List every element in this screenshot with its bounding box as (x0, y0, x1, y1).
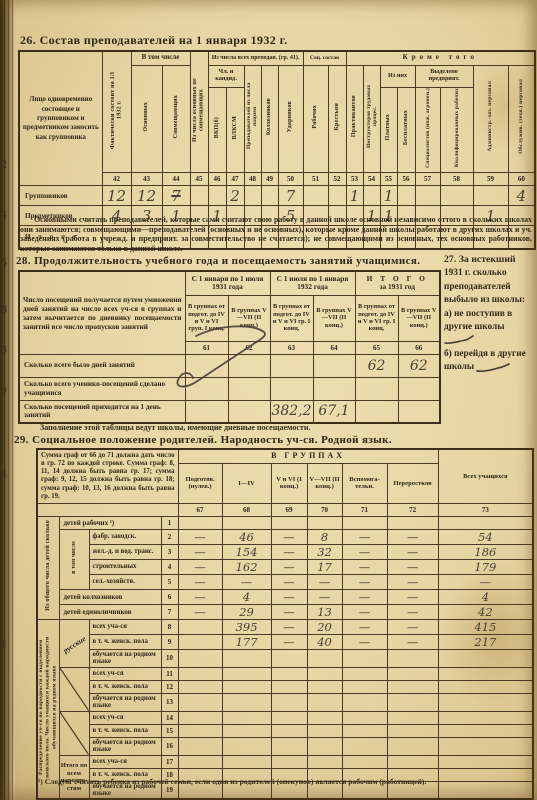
table-row: жел.-д. и вод. транс. 3 — 154 — 32 — — 1… (37, 544, 533, 559)
t26-header-row: Лицо одновременно состоящее и групповико… (19, 51, 535, 65)
row-label: жел.-д. и вод. транс. (89, 544, 161, 559)
section-29-footnote: ¹) Следует считать ребенка из рабочей се… (38, 777, 426, 786)
col-num: 62 (228, 341, 270, 354)
value-cell: — (342, 604, 387, 619)
col-header: V—VII (II конц.) (307, 463, 342, 503)
col-num: 68 (222, 503, 271, 516)
table-row: всех уч-ся 14 (37, 711, 533, 724)
col-header: Рабочих (303, 65, 328, 173)
table-row: Сколько всего ученико-посещений сделано … (19, 377, 440, 400)
value-cell: 1 (346, 186, 363, 206)
col-header-label: Основных (143, 102, 150, 132)
row-num: 16 (161, 737, 178, 755)
value-cell: 12 (131, 186, 162, 206)
group-header-line: за 1931 год (356, 283, 440, 291)
table-row: Сколько посещений приходится на 1 день з… (19, 400, 440, 423)
page-edge-line (8, 0, 9, 800)
col-num: 65 (355, 341, 398, 354)
col-header: I—IV (222, 463, 271, 503)
value-cell: 20 (307, 619, 342, 634)
col-num: 43 (131, 173, 162, 186)
value-cell: — (387, 544, 438, 559)
table-row: в т. ч. женск. пола 9 177 — 40 — — 217 (37, 634, 533, 649)
col-header: В группах V—VII (II конц.) (313, 295, 355, 341)
row-num: 10 (161, 649, 178, 667)
col-header: В группах V—VII (II конц.) (228, 295, 270, 341)
value-cell: 186 (438, 544, 533, 559)
value-cell: 40 (307, 634, 342, 649)
row-label: всех уча-ся (89, 619, 161, 634)
value-cell: 4 (508, 186, 535, 206)
value-cell (328, 186, 346, 206)
col-num: 63 (270, 341, 313, 354)
side-label-text: Распределение уч-ся по народности с выде… (38, 632, 58, 782)
row-label: детей колхозников (59, 589, 161, 604)
row-num: 8 (161, 619, 178, 634)
value-cell (270, 354, 313, 377)
col-header: Обслужив. (техн.) персонал (508, 65, 535, 173)
col-num: 70 (307, 503, 342, 516)
value-cell: — (271, 574, 307, 589)
handwritten-dash (476, 362, 510, 373)
side-label: Распределение уч-ся по народности с выде… (37, 619, 59, 799)
value-cell (190, 186, 208, 206)
nationality-cell-blank (59, 711, 89, 755)
table-row: обучается на родном языке 16 (37, 737, 533, 755)
row-label: в т. ч. женск. пола (89, 680, 161, 693)
col-header-label: Специалистов (инж. агроном.) (425, 88, 431, 168)
value-cell: — (271, 604, 307, 619)
value-cell: — (342, 634, 387, 649)
value-cell (342, 516, 387, 529)
col-header: В группах от подгот. до IV и V и VI груп… (185, 295, 228, 341)
t29-column-numbers: 67 68 69 70 71 72 73 (37, 503, 533, 516)
col-header-label: ВЛКСМ (232, 116, 239, 139)
col-header-label: Инструкторов трудовых процес. (366, 76, 378, 156)
value-cell: — (342, 589, 387, 604)
nationality-cell-blank (59, 667, 89, 711)
col-header-label: Платных (385, 114, 392, 140)
col-num: 48 (244, 173, 261, 186)
group-header: И Т О Г О за 1931 год (355, 271, 440, 295)
value-cell: 8 (307, 529, 342, 544)
group-header: Из числа всех преподав. (гр. 41). (208, 51, 303, 65)
school-year-attendance-table: Число посещений получается путем умножен… (18, 270, 441, 424)
col-header: Инструкторов трудовых процес. (363, 65, 380, 173)
row-num: 3 (161, 544, 178, 559)
col-num: 60 (508, 173, 535, 186)
t28-description: Число посещений получается путем умножен… (19, 271, 185, 354)
col-num: 42 (102, 173, 131, 186)
side-label-text: в том числе (71, 541, 77, 574)
value-cell: — (387, 529, 438, 544)
group-header: Кроме того (346, 51, 535, 65)
value-cell: 13 (307, 604, 342, 619)
row-label: Сколько всего ученико-посещений сделано … (19, 377, 185, 400)
col-header: Квалифицированных рабочих (440, 87, 473, 173)
value-cell: 29 (222, 604, 271, 619)
col-header-label: Администр.-хоз. персонал (487, 81, 493, 152)
col-num: 54 (363, 173, 380, 186)
col-header: В группах от подгот. до IV и V и VI гр. … (270, 295, 313, 341)
value-cell (244, 186, 261, 206)
col-header: Бесплатных (397, 87, 415, 173)
row-num: 11 (161, 667, 178, 680)
value-cell: — (271, 634, 307, 649)
value-cell-crossed-out: 7 (162, 186, 190, 206)
value-cell: 179 (438, 559, 533, 574)
col-num: 45 (190, 173, 208, 186)
side-label-text: Из общего числа детей сколько (45, 520, 52, 611)
table-row: Групповиков 12 12 7 2 7 1 1 4 (19, 186, 535, 206)
page-edge-line (4, 0, 5, 800)
value-cell: 12 (102, 186, 131, 206)
row-label: детей рабочих ¹) (59, 516, 161, 529)
col-num: 61 (185, 341, 228, 354)
value-cell (473, 186, 508, 206)
table-row: Из общего числа детей сколько детей рабо… (37, 516, 533, 529)
value-cell: — (387, 619, 438, 634)
value-cell: — (387, 589, 438, 604)
t29-group-row: Сумма граф от 66 до 71 должна дать число… (37, 449, 533, 463)
value-cell: — (271, 559, 307, 574)
col-header-label: Совмещающих (173, 95, 180, 138)
col-num: 51 (303, 173, 328, 186)
col-header: ВКП(б) (208, 87, 226, 173)
value-cell: — (178, 544, 222, 559)
scanned-census-form-page: 2 4 5 8 3 7 4 1 26. Состав преподавателе… (0, 0, 537, 800)
value-cell: — (307, 589, 342, 604)
group-header: Из них (380, 65, 415, 87)
row-num: 15 (161, 724, 178, 737)
row-label: детей единоличников (59, 604, 161, 619)
value-cell: — (178, 559, 222, 574)
col-num: 57 (415, 173, 440, 186)
value-cell: — (271, 544, 307, 559)
col-num: 67 (178, 503, 222, 516)
value-cell (307, 516, 342, 529)
group-header: Чл. и кандид. (208, 65, 244, 87)
row-num: 5 (161, 574, 178, 589)
col-num: 50 (278, 173, 303, 186)
value-cell (398, 400, 440, 423)
t26-corner-note: Лицо одновременно состоящее и групповико… (19, 51, 102, 186)
value-cell (228, 400, 270, 423)
table-row: всех уч-ся 11 (37, 667, 533, 680)
col-num: 44 (162, 173, 190, 186)
value-cell: — (387, 634, 438, 649)
value-cell (363, 186, 380, 206)
section-26-footnote: Основными считать преподавателей, которы… (20, 215, 532, 254)
value-cell (271, 516, 307, 529)
col-header: Преподавателей из числа нацмен (244, 65, 261, 173)
table-row: в том числе фабр. заводск. 2 — 46 — 8 — … (37, 529, 533, 544)
value-cell: — (438, 574, 533, 589)
col-num: 58 (440, 173, 473, 186)
col-header-label: Практикантов (351, 95, 358, 137)
col-header: Колхозников (261, 65, 278, 173)
value-cell: — (178, 589, 222, 604)
row-label: всех уч-ся (89, 667, 161, 680)
value-cell (397, 186, 415, 206)
col-num: 46 (208, 173, 226, 186)
value-cell: 42 (438, 604, 533, 619)
col-num: 69 (271, 503, 307, 516)
spacer-cell (37, 503, 178, 516)
value-cell (438, 516, 533, 529)
table-row: обучается на родном языке 10 (37, 649, 533, 667)
value-cell: 162 (222, 559, 271, 574)
col-header-label: Рабочих (312, 105, 319, 129)
value-cell: — (178, 574, 222, 589)
col-num: 55 (380, 173, 397, 186)
table-row: детей единоличников 7 — 29 — 13 — — 42 (37, 604, 533, 619)
row-num: 17 (161, 755, 178, 768)
section-27-block: 27. За истекший 1931 г. сколько преподав… (444, 253, 534, 375)
table-row: в т. ч. женск. пола 12 (37, 680, 533, 693)
value-cell: — (271, 589, 307, 604)
value-cell: — (342, 529, 387, 544)
col-header-label: Квалифицированных рабочих (454, 88, 460, 167)
social-origin-table: Сумма граф от 66 до 71 должна дать число… (36, 448, 534, 800)
value-cell (178, 619, 222, 634)
row-num: 1 (161, 516, 178, 529)
value-cell (185, 377, 228, 400)
value-cell: — (222, 574, 271, 589)
row-num: 14 (161, 711, 178, 724)
value-cell (185, 400, 228, 423)
value-cell (355, 400, 398, 423)
value-cell (313, 354, 355, 377)
value-cell (398, 377, 440, 400)
value-cell (313, 377, 355, 400)
col-header-label: Бесплатных (403, 110, 410, 145)
value-cell: 395 (222, 619, 271, 634)
table-row: Сколько всего было дней занятий 62 62 (19, 354, 440, 377)
table-row: Итого по всем народно- стям всех уча-ся … (37, 755, 533, 768)
group-header: С 1 января по 1 июля 1931 года (185, 271, 270, 295)
section-29-title: 29. Социальное положение родителей. Наро… (14, 434, 392, 446)
col-header: Всех учащихся (438, 449, 533, 503)
value-cell (178, 516, 222, 529)
side-label: Из общего числа детей сколько (37, 516, 59, 619)
col-num: 73 (438, 503, 533, 516)
value-cell (208, 186, 226, 206)
value-cell (261, 186, 278, 206)
value-cell (270, 377, 313, 400)
row-num: 9 (161, 634, 178, 649)
col-header: Крестьян (328, 65, 346, 173)
col-header: В группах V—VII (II конц.) (398, 295, 440, 341)
row-label: фабр. заводск. (89, 529, 161, 544)
col-header: Подготов. (нулев.) (178, 463, 222, 503)
nationality-cell: русские (59, 619, 89, 667)
col-header: Фактически состоит на 1/I 1932 г. (102, 51, 131, 173)
value-cell: — (342, 574, 387, 589)
t29-check-note: Сумма граф от 66 до 71 должна дать число… (37, 449, 178, 503)
value-cell: 2 (226, 186, 244, 206)
col-header: Специалистов (инж. агроном.) (415, 87, 440, 173)
col-header: Администр.-хоз. персонал (473, 65, 508, 173)
table-row: сел.-хозяйств. 5 — — — — — — — (37, 574, 533, 589)
col-header: Вспомога- тельн. (342, 463, 387, 503)
row-label: всех уч-ся (89, 711, 161, 724)
value-cell: 154 (222, 544, 271, 559)
value-cell: — (342, 559, 387, 574)
value-cell: — (271, 619, 307, 634)
col-num: 64 (313, 341, 355, 354)
page-edge-line (12, 0, 13, 800)
handwritten-dash (444, 335, 474, 345)
nationality-label: русские (61, 635, 87, 656)
value-cell: 67,1 (313, 400, 355, 423)
value-cell: 62 (398, 354, 440, 377)
col-num: 71 (342, 503, 387, 516)
table-row: строительных 4 — 162 — 17 — — 179 (37, 559, 533, 574)
value-cell: 4 (438, 589, 533, 604)
col-header: Переростков (387, 463, 438, 503)
col-header-label: ВКП(б) (214, 117, 221, 138)
value-cell: — (387, 574, 438, 589)
col-header: V и VI (I конц.) (271, 463, 307, 503)
section-28-footnote: Заполнение этой таблицы ведут школы, име… (40, 423, 310, 432)
row-label: в т. ч. женск. пола (89, 724, 161, 737)
value-cell: — (271, 529, 307, 544)
value-cell: 32 (307, 544, 342, 559)
value-cell: — (307, 574, 342, 589)
col-header: Практикантов (346, 65, 363, 173)
value-cell: — (342, 544, 387, 559)
col-header: Платных (380, 87, 397, 173)
row-num: 2 (161, 529, 178, 544)
value-cell: — (178, 604, 222, 619)
value-cell (415, 186, 440, 206)
row-label: сел.-хозяйств. (89, 574, 161, 589)
section-27-title: 27. За истекший (444, 253, 534, 267)
col-header: Основных (131, 65, 162, 173)
side-label: в том числе (59, 529, 89, 589)
col-header: ВЛКСМ (226, 87, 244, 173)
table-row: в т. ч. женск. пола 15 (37, 724, 533, 737)
row-num: 13 (161, 693, 178, 711)
value-cell (178, 634, 222, 649)
group-header: Выделено предприят. (415, 65, 473, 87)
value-cell (387, 516, 438, 529)
col-header-label: Обслужив. (техн.) персонал (518, 79, 524, 154)
value-cell: 54 (438, 529, 533, 544)
value-cell: 17 (307, 559, 342, 574)
row-label: обучается на родном языке (89, 737, 161, 755)
col-header-label: Преподавателей из числа нацмен (246, 76, 258, 156)
row-label: всех уча-ся (89, 755, 161, 768)
value-cell (228, 354, 270, 377)
note-text: Основными считать преподавателей, которы… (20, 215, 532, 253)
section-27-text: 1931 г. сколько преподавателей выбыло из… (444, 268, 525, 332)
value-cell (440, 186, 473, 206)
value-cell (355, 377, 398, 400)
section-28-title: 28. Продолжительность учебного года и по… (16, 255, 420, 267)
col-header: Из числа основных не совмещающих (190, 51, 208, 173)
col-num: 72 (387, 503, 438, 516)
row-label: Сколько посещений приходится на 1 день з… (19, 400, 185, 423)
table-row: детей колхозников 6 — 4 — — — — 4 (37, 589, 533, 604)
col-num: 47 (226, 173, 244, 186)
value-cell (222, 516, 271, 529)
value-cell: 415 (438, 619, 533, 634)
value-cell: 1 (380, 186, 397, 206)
col-num: 52 (328, 173, 346, 186)
table-row: Распределение уч-ся по народности с выде… (37, 619, 533, 634)
col-num: 56 (397, 173, 415, 186)
value-cell: 382,2 (270, 400, 313, 423)
value-cell: 4 (222, 589, 271, 604)
row-num: 6 (161, 589, 178, 604)
col-num: 49 (261, 173, 278, 186)
value-cell: 217 (438, 634, 533, 649)
value-cell: 62 (355, 354, 398, 377)
row-num: 4 (161, 559, 178, 574)
col-header: Совмещающих (162, 65, 190, 173)
row-label: Сколько всего было дней занятий (19, 354, 185, 377)
col-header-label: Из числа основных не совмещающих (192, 70, 205, 150)
row-label: обучается на родном языке (89, 693, 161, 711)
col-num: 66 (398, 341, 440, 354)
value-cell: — (178, 529, 222, 544)
section-26-title: 26. Состав преподавателей на 1 января 19… (20, 33, 288, 48)
row-label: строительных (89, 559, 161, 574)
col-num: 59 (473, 173, 508, 186)
col-header-label: Ударников (287, 101, 294, 132)
table-row: обучается на родном языке 13 (37, 693, 533, 711)
col-num: 53 (346, 173, 363, 186)
col-header-label: Фактически состоит на 1/I 1932 г. (110, 70, 123, 150)
row-num: 7 (161, 604, 178, 619)
t28-group-row: Число посещений получается путем умножен… (19, 271, 440, 295)
value-cell: — (342, 619, 387, 634)
row-label: обучается на родном языке (89, 649, 161, 667)
value-cell: — (387, 559, 438, 574)
col-header: В группах от подгот. до IV и V и VI гр. … (355, 295, 398, 341)
value-cell (185, 354, 228, 377)
col-header-label: Колхозников (266, 98, 273, 135)
group-header: В том числе (131, 51, 190, 65)
value-cell: 46 (222, 529, 271, 544)
row-label: в т. ч. женск. пола (89, 634, 161, 649)
value-cell (228, 377, 270, 400)
group-header: В ГРУППАХ (178, 449, 438, 463)
book-binding-edge: 2 4 5 8 3 7 4 1 (0, 0, 15, 800)
value-cell: — (387, 604, 438, 619)
row-num: 12 (161, 680, 178, 693)
value-cell: 7 (278, 186, 303, 206)
col-header: Ударников (278, 65, 303, 173)
value-cell (303, 186, 328, 206)
row-label: Групповиков (19, 186, 102, 206)
group-header: С 1 июля по 1 января 1932 года (270, 271, 355, 295)
col-header-label: Крестьян (334, 103, 341, 131)
group-header: Соц. состав (303, 51, 346, 65)
value-cell: 177 (222, 634, 271, 649)
